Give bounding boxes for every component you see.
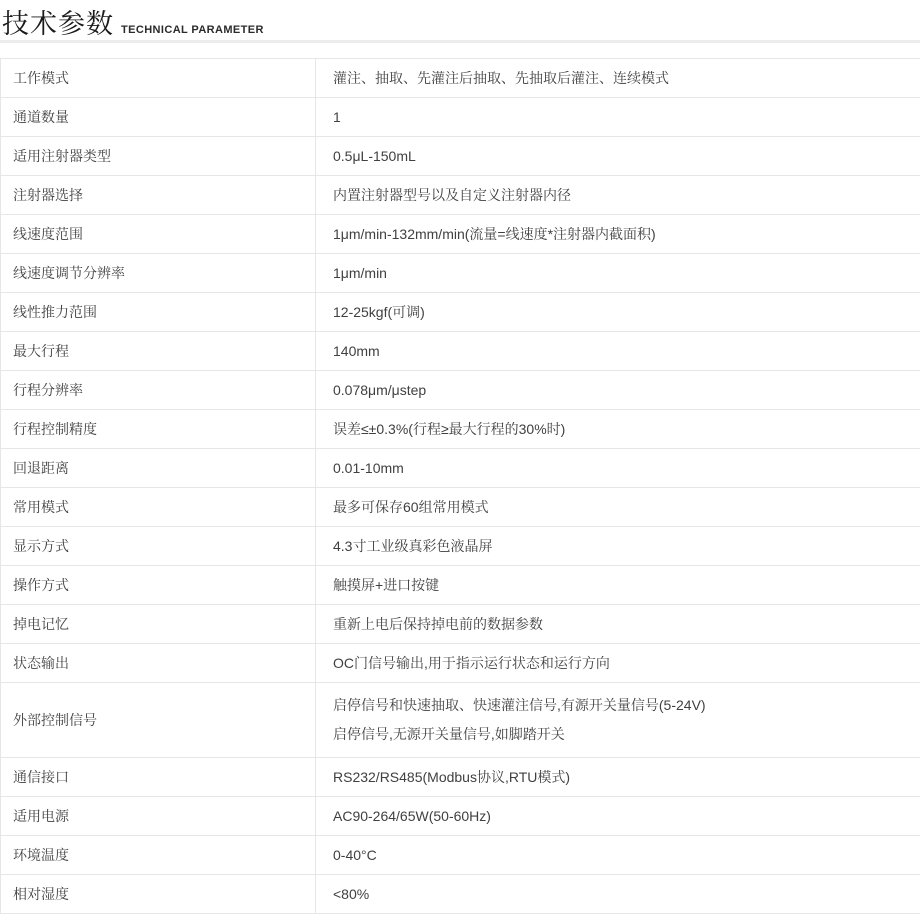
- table-row: 常用模式最多可保存60组常用模式: [1, 488, 920, 527]
- param-value: 0.01-10mm: [316, 449, 920, 487]
- table-row: 行程控制精度误差≤±0.3%(行程≥最大行程的30%时): [1, 410, 920, 449]
- param-value: 1μm/min: [316, 254, 920, 292]
- param-value: 内置注射器型号以及自定义注射器内径: [316, 176, 920, 214]
- param-value: 0.078μm/μstep: [316, 371, 920, 409]
- param-value-line: 重新上电后保持掉电前的数据参数: [333, 613, 910, 635]
- param-label: 常用模式: [1, 488, 316, 526]
- param-value-line: 0.01-10mm: [333, 457, 910, 479]
- table-row: 最大行程140mm: [1, 332, 920, 371]
- param-value-line: 内置注射器型号以及自定义注射器内径: [333, 184, 910, 206]
- param-value: 灌注、抽取、先灌注后抽取、先抽取后灌注、连续模式: [316, 59, 920, 97]
- param-label: 操作方式: [1, 566, 316, 604]
- param-label: 掉电记忆: [1, 605, 316, 643]
- param-label: 线性推力范围: [1, 293, 316, 331]
- param-value: RS232/RS485(Modbus协议,RTU模式): [316, 758, 920, 796]
- param-label: 行程分辨率: [1, 371, 316, 409]
- table-row: 状态输出OC门信号输出,用于指示运行状态和运行方向: [1, 644, 920, 683]
- page-title: 技术参数: [2, 8, 114, 40]
- page-title-en: TECHNICAL PARAMETER: [121, 24, 264, 40]
- param-label: 适用电源: [1, 797, 316, 835]
- param-value: AC90-264/65W(50-60Hz): [316, 797, 920, 835]
- param-label: 最大行程: [1, 332, 316, 370]
- table-row: 适用注射器类型0.5μL-150mL: [1, 137, 920, 176]
- table-row: 通信接口RS232/RS485(Modbus协议,RTU模式): [1, 758, 920, 797]
- param-label: 显示方式: [1, 527, 316, 565]
- param-value-line: 启停信号和快速抽取、快速灌注信号,有源开关量信号(5-24V): [333, 691, 910, 720]
- section-header: 技术参数 TECHNICAL PARAMETER: [0, 0, 920, 40]
- technical-parameter-section: 技术参数 TECHNICAL PARAMETER 工作模式灌注、抽取、先灌注后抽…: [0, 0, 920, 914]
- param-value: 最多可保存60组常用模式: [316, 488, 920, 526]
- param-label: 适用注射器类型: [1, 137, 316, 175]
- param-value: 重新上电后保持掉电前的数据参数: [316, 605, 920, 643]
- param-value-line: 0.5μL-150mL: [333, 145, 910, 167]
- table-row: 行程分辨率0.078μm/μstep: [1, 371, 920, 410]
- param-value: 0-40°C: [316, 836, 920, 874]
- table-row: 外部控制信号启停信号和快速抽取、快速灌注信号,有源开关量信号(5-24V)启停信…: [1, 683, 920, 758]
- param-value-line: 启停信号,无源开关量信号,如脚踏开关: [333, 720, 910, 749]
- param-value: 140mm: [316, 332, 920, 370]
- param-value: 误差≤±0.3%(行程≥最大行程的30%时): [316, 410, 920, 448]
- param-label: 回退距离: [1, 449, 316, 487]
- param-label: 通道数量: [1, 98, 316, 136]
- param-value-line: 最多可保存60组常用模式: [333, 496, 910, 518]
- param-label: 通信接口: [1, 758, 316, 796]
- param-value-line: 0-40°C: [333, 844, 910, 866]
- table-row: 注射器选择内置注射器型号以及自定义注射器内径: [1, 176, 920, 215]
- table-row: 掉电记忆重新上电后保持掉电前的数据参数: [1, 605, 920, 644]
- param-value: 启停信号和快速抽取、快速灌注信号,有源开关量信号(5-24V)启停信号,无源开关…: [316, 683, 920, 757]
- param-label: 工作模式: [1, 59, 316, 97]
- param-value: OC门信号输出,用于指示运行状态和运行方向: [316, 644, 920, 682]
- param-value-line: RS232/RS485(Modbus协议,RTU模式): [333, 766, 910, 788]
- table-row: 回退距离0.01-10mm: [1, 449, 920, 488]
- table-row: 操作方式触摸屏+进口按键: [1, 566, 920, 605]
- param-value: 12-25kgf(可调): [316, 293, 920, 331]
- param-label: 外部控制信号: [1, 683, 316, 757]
- param-value: 4.3寸工业级真彩色液晶屏: [316, 527, 920, 565]
- table-row: 工作模式灌注、抽取、先灌注后抽取、先抽取后灌注、连续模式: [1, 59, 920, 98]
- param-value: 触摸屏+进口按键: [316, 566, 920, 604]
- param-value-line: 1μm/min: [333, 262, 910, 284]
- table-row: 线速度范围1μm/min-132mm/min(流量=线速度*注射器内截面积): [1, 215, 920, 254]
- table-row: 显示方式4.3寸工业级真彩色液晶屏: [1, 527, 920, 566]
- param-value: 1μm/min-132mm/min(流量=线速度*注射器内截面积): [316, 215, 920, 253]
- param-label: 相对湿度: [1, 875, 316, 913]
- param-label: 线速度调节分辨率: [1, 254, 316, 292]
- param-label: 状态输出: [1, 644, 316, 682]
- param-value: 1: [316, 98, 920, 136]
- param-value-line: 灌注、抽取、先灌注后抽取、先抽取后灌注、连续模式: [333, 67, 910, 89]
- table-row: 线速度调节分辨率1μm/min: [1, 254, 920, 293]
- param-value-line: 4.3寸工业级真彩色液晶屏: [333, 535, 910, 557]
- param-value-line: 140mm: [333, 340, 910, 362]
- table-row: 适用电源AC90-264/65W(50-60Hz): [1, 797, 920, 836]
- table-row: 环境温度0-40°C: [1, 836, 920, 875]
- param-label: 行程控制精度: [1, 410, 316, 448]
- param-label: 环境温度: [1, 836, 316, 874]
- param-value-line: 12-25kgf(可调): [333, 301, 910, 323]
- param-label: 线速度范围: [1, 215, 316, 253]
- table-row: 通道数量1: [1, 98, 920, 137]
- header-divider: [0, 40, 920, 43]
- param-value-line: AC90-264/65W(50-60Hz): [333, 805, 910, 827]
- table-row: 相对湿度<80%: [1, 875, 920, 914]
- param-value-line: 触摸屏+进口按键: [333, 574, 910, 596]
- param-value-line: 误差≤±0.3%(行程≥最大行程的30%时): [333, 418, 910, 440]
- param-value-line: 1μm/min-132mm/min(流量=线速度*注射器内截面积): [333, 223, 910, 245]
- param-value: 0.5μL-150mL: [316, 137, 920, 175]
- param-value-line: OC门信号输出,用于指示运行状态和运行方向: [333, 652, 910, 674]
- spec-table: 工作模式灌注、抽取、先灌注后抽取、先抽取后灌注、连续模式通道数量1适用注射器类型…: [0, 58, 920, 914]
- param-value: <80%: [316, 875, 920, 913]
- param-label: 注射器选择: [1, 176, 316, 214]
- param-value-line: 1: [333, 106, 910, 128]
- param-value-line: <80%: [333, 883, 910, 905]
- param-value-line: 0.078μm/μstep: [333, 379, 910, 401]
- table-row: 线性推力范围12-25kgf(可调): [1, 293, 920, 332]
